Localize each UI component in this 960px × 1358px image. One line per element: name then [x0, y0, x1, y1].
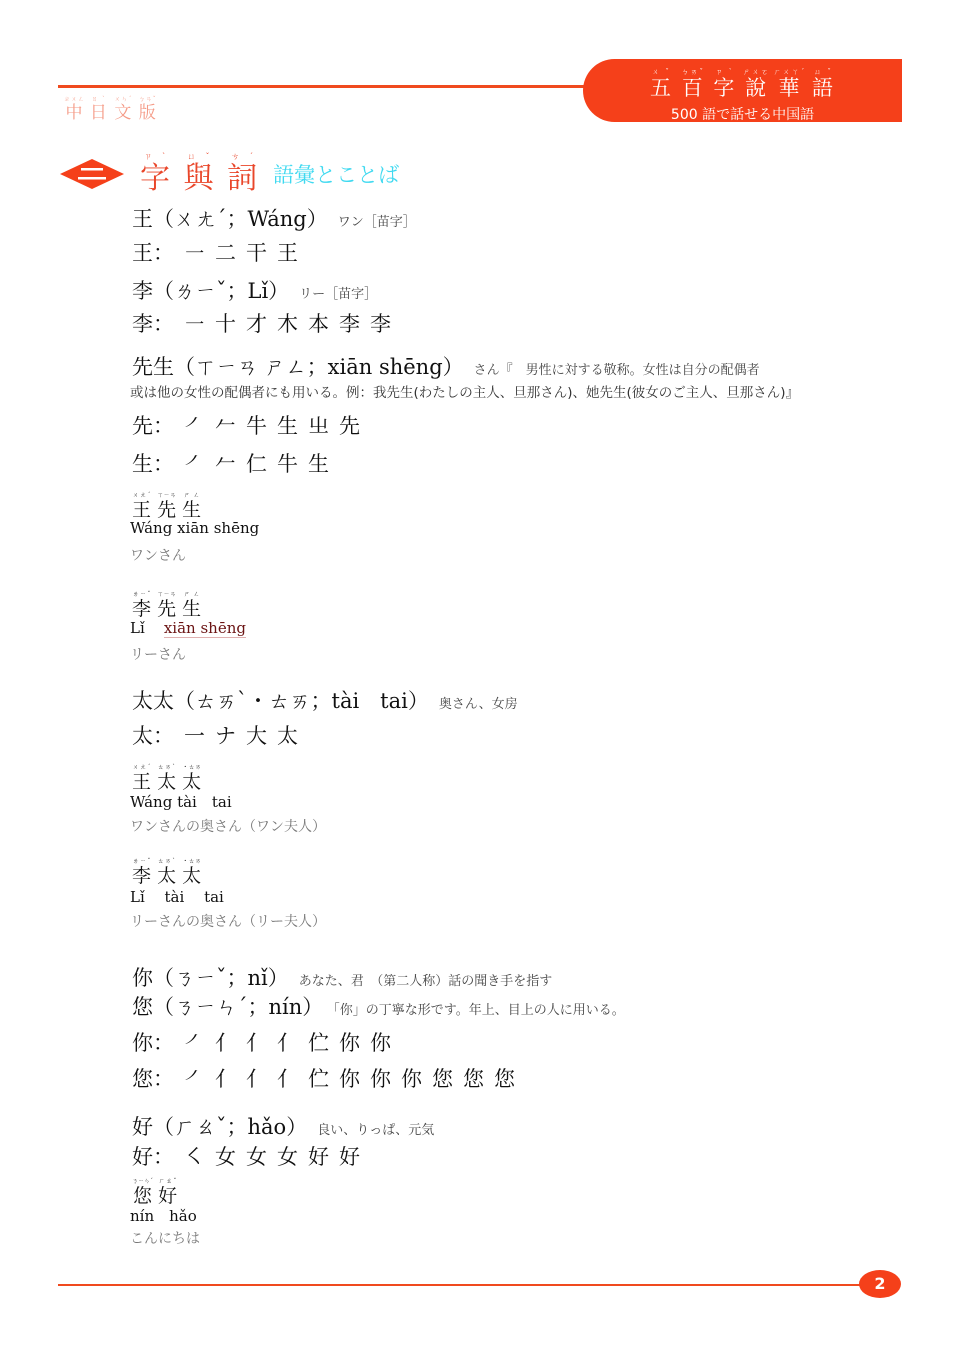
- edition-char: 版ㄅㄢˇ: [139, 103, 157, 123]
- edition-char: 文ㄨㄣˊ: [114, 103, 132, 123]
- book-title-banner: 五ㄨˇ 百ㄅㄞˇ 字ㄗˋ 說ㄕㄨㄛ 華ㄏㄨㄚˊ 語ㄩˇ 500 語で話せる中国語: [583, 59, 902, 122]
- example-pinyin: Lǐ xiān shēng: [130, 619, 246, 637]
- book-subtitle: 500 語で話せる中国語: [583, 104, 902, 124]
- entry-li-head: 李（ㄌㄧˇ；Lǐ）リー［苗字］: [132, 275, 377, 305]
- section-heading: 字ㄗˋ 與ㄩˇ 詞ㄘˊ 語彙とことば: [60, 152, 399, 196]
- example-pinyin: nín hǎo: [130, 1205, 197, 1226]
- example-japanese: リーさん: [130, 644, 186, 664]
- example-nin-hao-chars: 您ㄋㄧㄣˊ 好ㄏㄠˇ: [132, 1178, 177, 1208]
- example-japanese: ワンさんの奥さん（ワン夫人）: [130, 816, 326, 836]
- entry-nin-strokes: 您：㇒亻亻亻伫你你你您您您: [132, 1063, 525, 1093]
- entry-ni-head: 你（ㄋㄧˇ；nǐ）あなた、君 （第二人称）話の聞き手を指す: [132, 962, 552, 992]
- entry-tai-strokes: 太：一ナ大太: [132, 720, 308, 750]
- example-li-xiansheng-chars: 李ㄌㄧˇ 先ㄒㄧㄢ 生ㄕㄥ: [132, 591, 201, 621]
- entry-sheng-strokes: 生：㇒𠂉仁牛生: [132, 448, 339, 478]
- edition-char: 日ㄖˋ: [90, 103, 108, 123]
- example-wang-taitai-chars: 王ㄨㄤˊ 太ㄊㄞˋ 太・ㄊㄞ: [132, 764, 201, 794]
- entry-wang-strokes: 王：㇐二干王: [132, 237, 308, 267]
- edition-label: 中ㄓㄨㄥ 日ㄖˋ 文ㄨㄣˊ 版ㄅㄢˇ: [64, 96, 157, 123]
- example-pinyin: Wáng tài tai: [130, 791, 232, 812]
- section-subtitle: 語彙とことば: [273, 159, 399, 189]
- section-number-diamond-icon: [60, 159, 124, 189]
- entry-xian-strokes: 先：㇒𠂉牛生㞢先: [132, 410, 370, 440]
- example-japanese: こんにちは: [130, 1228, 200, 1248]
- entry-nin-head: 您（ㄋㄧㄣˊ；nín）「你」の丁寧な形です。年上、目上の人に用いる。: [132, 991, 625, 1021]
- highlighted-pinyin: xiān shēng: [164, 619, 246, 638]
- page-number-badge: 2: [859, 1270, 901, 1298]
- example-pinyin: Wáng xiān shēng: [130, 519, 259, 537]
- example-japanese: ワンさん: [130, 545, 186, 565]
- book-title: 五ㄨˇ 百ㄅㄞˇ 字ㄗˋ 說ㄕㄨㄛ 華ㄏㄨㄚˊ 語ㄩˇ: [583, 68, 902, 102]
- entry-taitai-head: 太太（ㄊㄞˋ・ㄊㄞ；tài tai）奥さん、女房: [132, 685, 518, 715]
- entry-ni-strokes: 你：㇒亻亻亻伫你你: [132, 1027, 401, 1057]
- example-wang-xiansheng-chars: 王ㄨㄤˊ 先ㄒㄧㄢ 生ㄕㄥ: [132, 492, 201, 522]
- example-pinyin: Lǐ tài tai: [130, 886, 224, 907]
- example-japanese: リーさんの奥さん（リー夫人）: [130, 911, 326, 931]
- edition-char: 中ㄓㄨㄥ: [64, 103, 84, 123]
- example-li-taitai-chars: 李ㄌㄧˇ 太ㄊㄞˋ 太・ㄊㄞ: [132, 858, 201, 888]
- entry-hao-head: 好（ㄏㄠˇ；hǎo）良い、りっぱ、元気: [132, 1111, 434, 1141]
- entry-wang-head: 王（ㄨㄤˊ；Wáng）ワン［苗字］: [132, 203, 416, 233]
- header-rule: [58, 85, 598, 88]
- entry-xiansheng-head: 先生（ㄒㄧㄢ ㄕㄥ；xiān shēng）さん『 男性に対する敬称。女性は自分の…: [132, 351, 760, 381]
- entry-li-strokes: 李：㇐十才木本李李: [132, 308, 401, 338]
- entry-hao-strokes: 好：㇛女女女好好: [132, 1141, 370, 1171]
- entry-xiansheng-note: 或は他の女性の配偶者にも用いる。例：我先生(わたしの主人、旦那さん)、她先生(彼…: [130, 381, 799, 401]
- footer-rule: [58, 1284, 868, 1286]
- section-title: 字ㄗˋ 與ㄩˇ 詞ㄘˊ: [140, 152, 259, 197]
